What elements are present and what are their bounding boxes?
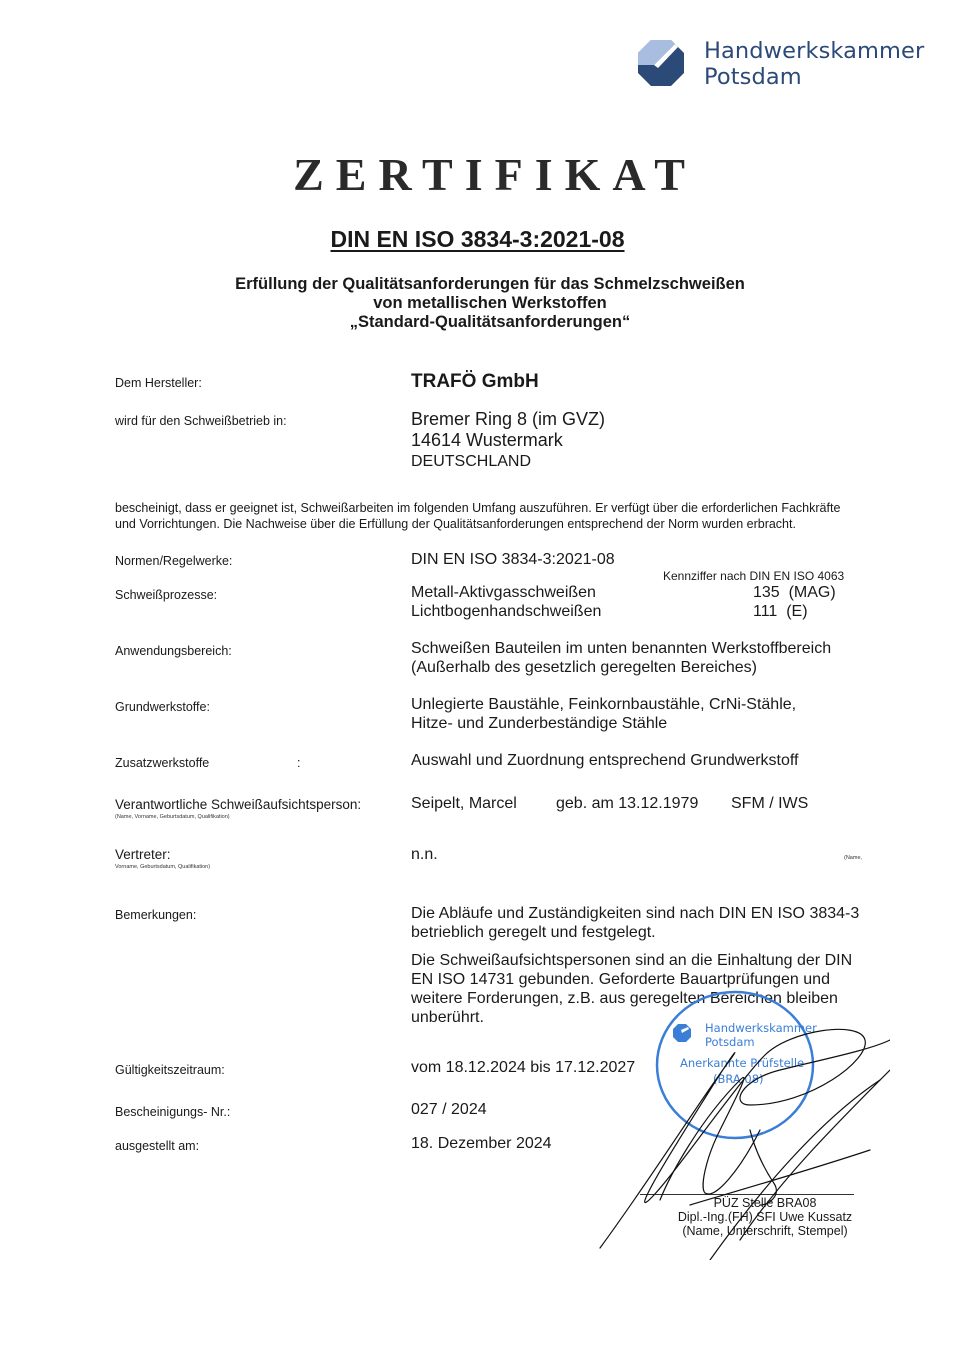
filler-materials-colon: :	[297, 756, 300, 770]
subtitle-line-2: von metallischen Werkstoffen	[0, 294, 955, 313]
stamp-line-4: (BRA 08)	[713, 1072, 764, 1086]
base-materials-label: Grundwerkstoffe:	[115, 700, 210, 714]
deputy-label: Vertreter:	[115, 847, 171, 862]
stamp-line-3: Anerkannte Prüfstelle	[680, 1056, 804, 1070]
process-code-header: Kennziffer nach DIN EN ISO 4063	[663, 569, 844, 583]
issued-value: 18. Dezember 2024	[411, 1135, 552, 1153]
filler-materials-value: Auswahl und Zuordnung entsprechend Grund…	[411, 752, 799, 770]
processes-label: Schweißprozesse:	[115, 588, 217, 602]
supervisor-birth: geb. am 13.12.1979	[556, 795, 698, 813]
subtitle-line-1: Erfüllung der Qualitätsanforderungen für…	[0, 275, 955, 294]
application-line-1: Schweißen Bauteilen im unten benannten W…	[411, 640, 831, 658]
deputy-value: n.n.	[411, 846, 438, 864]
subtitle-line-3: „Standard-Qualitätsanforderungen“	[0, 313, 955, 332]
application-line-2: (Außerhalb des gesetzlich geregelten Ber…	[411, 659, 757, 677]
signature-caption-line-3: (Name, Unterschrift, Stempel)	[640, 1224, 890, 1238]
validity-value: vom 18.12.2024 bis 17.12.2027	[411, 1059, 635, 1077]
standards-label: Normen/Regelwerke:	[115, 554, 232, 568]
application-label: Anwendungsbereich:	[115, 644, 232, 658]
declaration-line-2: und Vorrichtungen. Die Nachweise über di…	[115, 516, 796, 532]
remarks-label: Bemerkungen:	[115, 908, 196, 922]
logo-line-2: Potsdam	[704, 64, 924, 90]
validity-label: Gültigkeitszeitraum:	[115, 1063, 225, 1077]
stamp-line-2: Potsdam	[705, 1035, 755, 1049]
remarks-para-1: Die Abläufe und Zuständigkeiten sind nac…	[411, 904, 859, 942]
deputy-stray-text: (Name,	[844, 855, 862, 861]
site-label: wird für den Schweißbetrieb in:	[115, 414, 287, 428]
official-stamp: Handwerkskammer Potsdam Anerkannte Prüfs…	[655, 990, 815, 1140]
norm-heading-text: DIN EN ISO 3834-3:2021-08	[330, 226, 624, 252]
supervisor-label: Verantwortliche Schweißaufsichtsperson:	[115, 797, 361, 812]
subtitle: Erfüllung der Qualitätsanforderungen für…	[0, 275, 955, 332]
supervisor-sublabel: (Name, Vorname, Geburtsdatum, Qualifikat…	[115, 814, 230, 820]
process-1-name: Metall-Aktivgasschweißen	[411, 584, 596, 602]
logo-text: Handwerkskammer Potsdam	[704, 38, 924, 90]
site-city: 14614 Wustermark	[411, 430, 563, 451]
declaration-line-1: bescheinigt, dass er geeignet ist, Schwe…	[115, 500, 840, 516]
process-1-code: 135 (MAG)	[753, 584, 836, 602]
signature-line	[640, 1194, 854, 1195]
base-materials-line-2: Hitze- und Zunderbeständige Stähle	[411, 715, 667, 733]
signature-caption: PÜZ Stelle BRA08 Dipl.-Ing.(FH) SFI Uwe …	[640, 1196, 890, 1238]
stamp-line-1: Handwerkskammer	[705, 1021, 817, 1035]
process-2-name: Lichtbogenhandschweißen	[411, 603, 601, 621]
hwk-octagon-logo-icon	[636, 38, 686, 88]
standards-value: DIN EN ISO 3834-3:2021-08	[411, 551, 615, 569]
process-2-code: 111 (E)	[753, 603, 808, 621]
norm-heading: DIN EN ISO 3834-3:2021-08	[0, 226, 955, 253]
filler-materials-label: Zusatzwerkstoffe	[115, 756, 209, 770]
manufacturer-label: Dem Hersteller:	[115, 376, 202, 390]
supervisor-name: Seipelt, Marcel	[411, 795, 517, 813]
certificate-number-value: 027 / 2024	[411, 1101, 487, 1119]
site-street: Bremer Ring 8 (im GVZ)	[411, 409, 605, 430]
supervisor-qualification: SFM / IWS	[731, 795, 808, 813]
certificate-number-label: Bescheinigungs- Nr.:	[115, 1105, 230, 1119]
signature-caption-line-2: Dipl.-Ing.(FH) SFI Uwe Kussatz	[640, 1210, 890, 1224]
certificate-title: ZERTIFIKAT	[0, 148, 955, 201]
issued-label: ausgestellt am:	[115, 1139, 199, 1153]
signature-caption-line-1: PÜZ Stelle BRA08	[640, 1196, 890, 1210]
deputy-sublabel: Vorname, Geburtsdatum, Qualifikation)	[115, 864, 210, 870]
logo-line-1: Handwerkskammer	[704, 38, 924, 64]
hwk-logo: Handwerkskammer Potsdam	[636, 38, 936, 98]
base-materials-line-1: Unlegierte Baustähle, Feinkornbaustähle,…	[411, 696, 796, 714]
site-country: DEUTSCHLAND	[411, 453, 531, 471]
manufacturer-name: TRAFÖ GmbH	[411, 371, 539, 393]
